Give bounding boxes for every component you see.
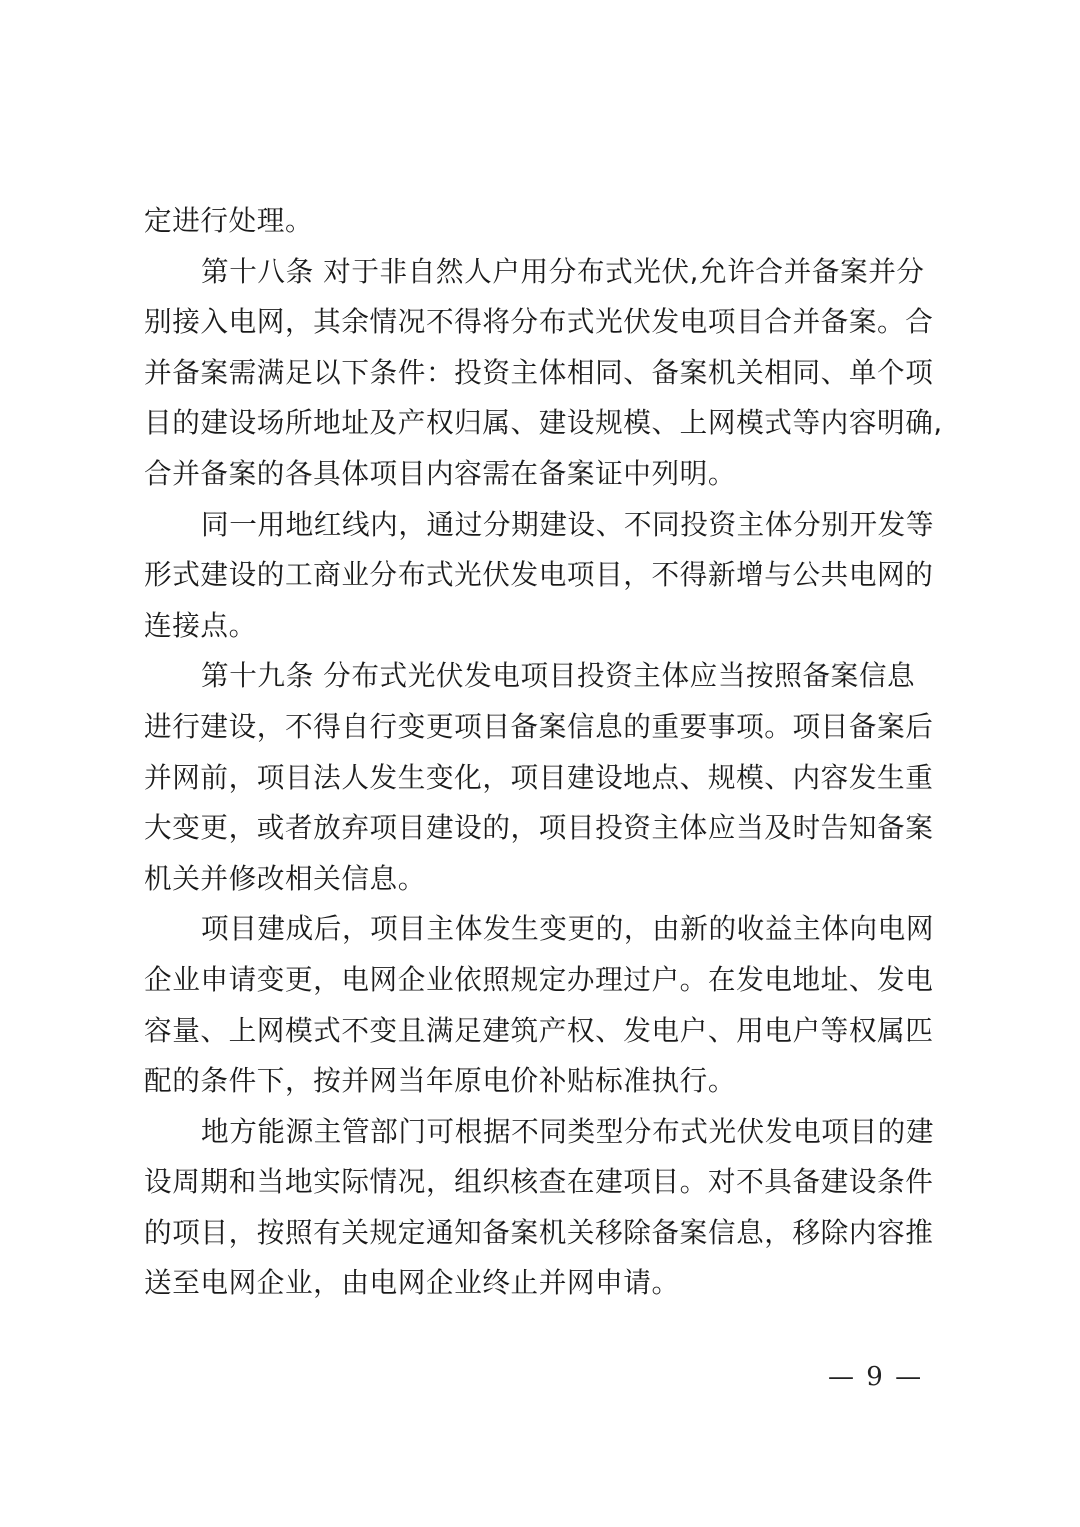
text-line: 配的条件下，按并网当年原电价补贴标准执行。 [144,1056,944,1107]
body-text: 定进行处理。 第十八条 对于非自然人户用分布式光伏,允许合并备案并分 别接入电网… [144,196,944,1309]
paragraph: 定进行处理。 [144,196,944,247]
text-line: 机关并修改相关信息。 [144,854,944,905]
text-line: 送至电网企业，由电网企业终止并网申请。 [144,1258,944,1309]
paragraph-article-19: 第十九条 分布式光伏发电项目投资主体应当按照备案信息 进行建设，不得自行变更项目… [144,651,944,904]
text-line: 进行建设，不得自行变更项目备案信息的重要事项。项目备案后 [144,702,944,753]
paragraph: 地方能源主管部门可根据不同类型分布式光伏发电项目的建 设周期和当地实际情况，组织… [144,1107,944,1309]
text-line: 第十九条 分布式光伏发电项目投资主体应当按照备案信息 [144,651,944,702]
text-line: 企业申请变更，电网企业依照规定办理过户。在发电地址、发电 [144,955,944,1006]
text-line: 并备案需满足以下条件：投资主体相同、备案机关相同、单个项 [144,348,944,399]
text-line: 别接入电网，其余情况不得将分布式光伏发电项目合并备案。合 [144,297,944,348]
text-line: 地方能源主管部门可根据不同类型分布式光伏发电项目的建 [144,1107,944,1158]
text-line: 第十八条 对于非自然人户用分布式光伏,允许合并备案并分 [144,247,944,298]
paragraph-article-18: 第十八条 对于非自然人户用分布式光伏,允许合并备案并分 别接入电网，其余情况不得… [144,247,944,500]
page-number: — 9 — [828,1362,923,1392]
text-line: 形式建设的工商业分布式光伏发电项目，不得新增与公共电网的 [144,550,944,601]
text-line: 设周期和当地实际情况，组织核查在建项目。对不具备建设条件 [144,1157,944,1208]
text-line: 大变更，或者放弃项目建设的，项目投资主体应当及时告知备案 [144,803,944,854]
text-line: 容量、上网模式不变且满足建筑产权、发电户、用电户等权属匹 [144,1006,944,1057]
paragraph: 项目建成后，项目主体发生变更的，由新的收益主体向电网 企业申请变更，电网企业依照… [144,904,944,1106]
text-line: 合并备案的各具体项目内容需在备案证中列明。 [144,449,944,500]
text-line: 连接点。 [144,601,944,652]
text-line: 定进行处理。 [144,196,944,247]
text-line: 并网前，项目法人发生变化，项目建设地点、规模、内容发生重 [144,753,944,804]
document-page: 定进行处理。 第十八条 对于非自然人户用分布式光伏,允许合并备案并分 别接入电网… [0,0,1080,1527]
text-line: 项目建成后，项目主体发生变更的，由新的收益主体向电网 [144,904,944,955]
text-line: 的项目，按照有关规定通知备案机关移除备案信息，移除内容推 [144,1208,944,1259]
paragraph: 同一用地红线内，通过分期建设、不同投资主体分别开发等 形式建设的工商业分布式光伏… [144,500,944,652]
text-line: 目的建设场所地址及产权归属、建设规模、上网模式等内容明确, [144,398,944,449]
text-line: 同一用地红线内，通过分期建设、不同投资主体分别开发等 [144,500,944,551]
